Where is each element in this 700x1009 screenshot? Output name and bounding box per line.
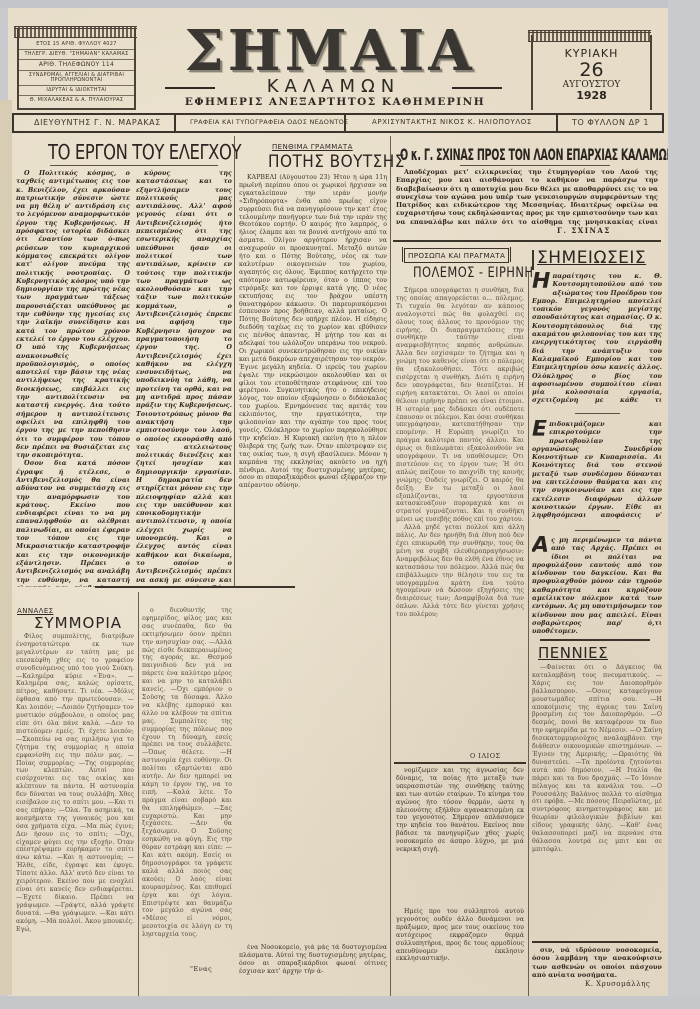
year: 1928 xyxy=(533,90,650,102)
column-label-prosopa: ΠΡΟΣΩΠΑ ΚΑΙ ΠΡΑΓΜΑΤΑ xyxy=(404,248,509,263)
article-body-polemos: Σήμερα υπογράφεται η συνθήκη, διά της οπ… xyxy=(396,287,524,747)
continued-marker: "Ενας xyxy=(190,965,212,973)
note-paraitisis: Ηπαραίτησις του κ. Θ. Κουτσομητοπούλου α… xyxy=(532,272,662,404)
pennies-items: —Φαίνεται ότι ο Δάγκειος θά καταλαμβάνη … xyxy=(532,664,662,936)
divider xyxy=(344,115,346,131)
divider xyxy=(452,87,502,89)
offices-address: ΓΡΑΦΕΙΑ ΚΑΙ ΤΥΠΟΓΡΑΦΕΙΑ ΟΔΟΣ ΝΕΔΟΝΤΟΣ xyxy=(190,118,348,126)
note-dageios: Ας μη περιμένωμεν τα πάντα από τας Αρχάς… xyxy=(532,536,662,636)
section-heading-simeioseis: ΣΗΜΕΙΩΣΕΙΣ xyxy=(537,248,646,268)
column-rule xyxy=(234,136,235,588)
article-body-schinas: Αποδέχομαι μετ' ειλικρινείας την έτυμηγο… xyxy=(396,168,658,226)
issue-number: ΕΤΟΣ 15 ΑΡΙΘ. ΦΥΛΛΟΥ 4027 xyxy=(19,40,134,50)
signature-schinas: Γ. ΣΧΙΝΑΣ xyxy=(557,226,611,235)
phone-number: ΑΡΙΘ. ΤΗΛΕΦΩΝΟΥ 114 xyxy=(19,60,134,71)
day-number: 26 xyxy=(533,60,650,80)
section-heading-pennies: ΠΕΝΝΙΕΣ xyxy=(538,644,608,662)
article-body-after-polemos: νομίζωμεν και της άγνωσίας δεν δύναμις, … xyxy=(396,767,524,907)
price: ΤΟ ΦΥΛΛΟΝ ΔΡ 1 xyxy=(572,118,649,127)
section-divider xyxy=(394,762,526,764)
note-synedrion: Επιδοκιμάζομεν και επικροτούμεν την πρωτ… xyxy=(532,420,662,520)
subscription-note: ΣΥΝΔΡΟΜΑΙ, ΑΓΓΕΛΙΑΙ & ΔΙΑΤΡΙΒΑΙ ΠΡΟΠΛΗΡΩ… xyxy=(19,71,134,86)
column-rule xyxy=(390,136,391,996)
divider xyxy=(165,87,215,89)
article-headline-voutsis: ΠΟΤΗΣ ΒΟΥΤΣΗΣ xyxy=(268,152,405,172)
signature-ilios: Ο ΙΛΙΟΣ xyxy=(470,752,501,760)
divider xyxy=(50,165,218,166)
telegraph-address: ΤΗΛΕΓΡ. ΔΙΕΥΘ. "ΣΗΜΑΙΑΝ" ΚΑΛΑΜΑΣ xyxy=(19,50,134,60)
column-rule xyxy=(138,592,139,996)
scan-right-border xyxy=(668,0,700,1009)
drop-cap: Α xyxy=(532,536,549,556)
article-headline-symmoria: ΣΥΜΜΟΡΙΑ xyxy=(34,614,122,632)
founders-label: ΙΔΡΥΤΑΙ & ΙΔΙΟΚΤΗΤΑΙ xyxy=(19,86,134,96)
article-body-voutsis: ΚΑΡΒΕΛΙ (Αύγουστου 23) Ήτον η ώρα 11η πρ… xyxy=(239,174,387,940)
signature-chrysomallis: Κ. Χρυσομάλλης xyxy=(585,980,650,988)
chief-editor: ΑΡΧΙΣΥΝΤΑΚΤΗΣ ΝΙΚΟΣ Κ. ΗΛΙΟΠΟΥΛΟΣ xyxy=(372,118,532,126)
heading-ornament xyxy=(532,250,534,270)
director: ΔΙΕΥΘΥΝΤΗΣ Γ. Ν. ΜΑΡΑΚΑΣ xyxy=(34,118,161,127)
section-divider xyxy=(540,639,650,641)
article-body-ergon-col1: Ο Πολιτικός κόσμος, ο ταχθείς αντιμέτωπο… xyxy=(16,169,130,587)
divider xyxy=(460,165,610,166)
column-rule xyxy=(528,272,529,996)
page-torn-edge xyxy=(0,100,12,995)
section-divider xyxy=(532,941,658,943)
section-divider xyxy=(393,240,661,242)
pennies-continuation: σιν, νά ιδρύσουν νοσοκομεία, όσου λαμβάν… xyxy=(532,946,662,978)
scan-top-border xyxy=(0,0,700,8)
scan-bottom-border xyxy=(0,996,700,1009)
divider xyxy=(12,115,14,131)
drop-cap: Η xyxy=(532,272,550,292)
newspaper-title: ΣΗΜΑΙΑ xyxy=(160,22,500,80)
divider xyxy=(575,530,620,531)
article-headline-ergon: ΤΟ ΕΡΓΟΝ ΤΟΥ ΕΛΕΓΧΟΥ xyxy=(48,140,241,164)
article-body-condolences: Ημείς προ του συλληπτού αυτού γεγονότος … xyxy=(396,908,524,988)
staff-bar: ΔΙΕΥΘΥΝΤΗΣ Γ. Ν. ΜΑΡΑΚΑΣ ΓΡΑΦΕΙΑ ΚΑΙ ΤΥΠ… xyxy=(12,113,664,133)
divider xyxy=(174,115,176,131)
newspaper-tagline: ΕΦΗΜΕΡΙΣ ΑΝΕΞΑΡΤΗΤΟΣ ΚΑΘΗΜΕΡΙΝΗ xyxy=(165,96,505,108)
city-subtitle: ΚΑΛΑΜΩΝ xyxy=(215,78,452,96)
founders-names: Θ. ΜΙΧΑΛΑΚΕΑΣ & Α. ΠΥΛΑΙΟΥΡΑΣ xyxy=(19,96,134,105)
article-body-symmoria: Φίλος συμπολίτης, διατρίβων ένσημοτατώτε… xyxy=(16,633,134,965)
article-body-voutsis-end: ένα Νοσοκομείο, γιά μάς τά δυστυχισμένα … xyxy=(239,944,387,984)
kicker-penthima: ΠΕΝΘΙΜΑ ΓΡΑΜΜΑΤΑ xyxy=(272,143,353,151)
article-body-symmoria-col2: ο διευθυντής της εφημερίδος, φίλος μας κ… xyxy=(142,607,232,957)
date-box: ΚΥΡΙΑΚΗ 26 ΑΥΓΟΥΣΤΟΥ 1928 xyxy=(531,35,652,110)
section-divider xyxy=(95,586,295,588)
article-headline-schinas: Ο κ. Γ. ΣΧΙΝΑΣ ΠΡΟΣ ΤΟΝ ΛΑΟΝ ΕΠΑΡΧΙΑΣ ΚΑ… xyxy=(400,145,674,164)
divider xyxy=(662,115,664,131)
article-body-ergon-col2: κύρους της καταστάσεως και το εξηντλήσαμ… xyxy=(136,169,232,587)
divider xyxy=(556,115,558,131)
divider xyxy=(575,413,620,414)
drop-cap: Ε xyxy=(532,420,547,440)
city-subtitle-row: ΚΑΛΑΜΩΝ xyxy=(165,78,502,96)
article-headline-polemos: ΠΟΛΕΜΟΣ - ΕΙΡΗΝΗ xyxy=(413,265,533,281)
publication-info-box: ΕΤΟΣ 15 ΑΡΙΘ. ΦΥΛΛΟΥ 4027 ΤΗΛΕΓΡ. ΔΙΕΥΘ.… xyxy=(17,28,136,110)
